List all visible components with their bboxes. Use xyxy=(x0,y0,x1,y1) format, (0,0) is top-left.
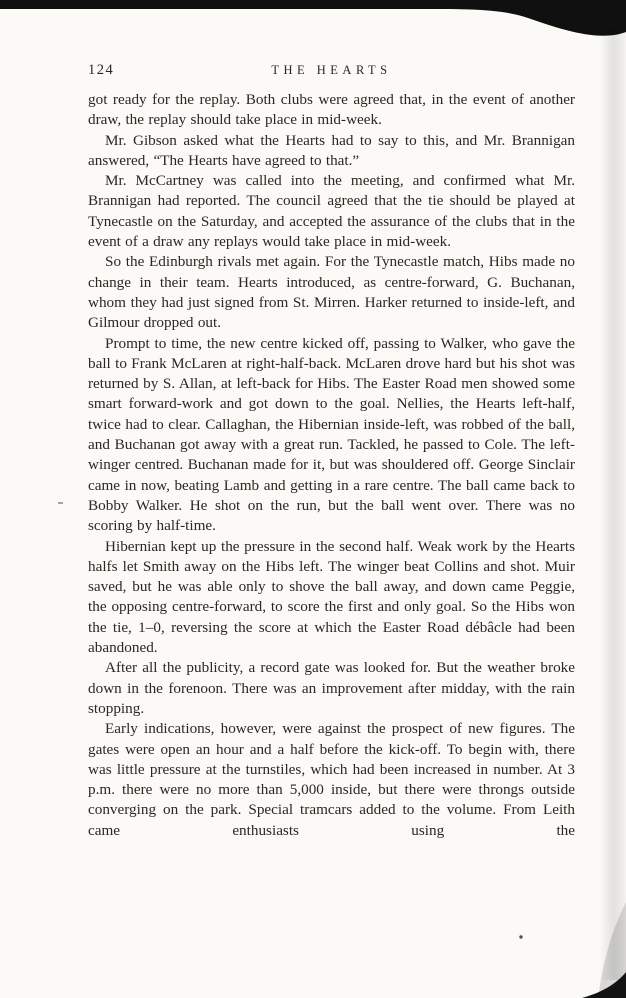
margin-mark xyxy=(58,502,63,504)
running-title: THE HEARTS xyxy=(88,62,575,78)
paragraph: So the Edinburgh rivals met again. For t… xyxy=(88,252,575,333)
paragraph: got ready for the replay. Both clubs wer… xyxy=(88,90,575,131)
paragraph: Mr. Gibson asked what the Hearts had to … xyxy=(88,131,575,172)
paragraph: After all the publicity, a record gate w… xyxy=(88,658,575,719)
bottom-corner-shadow xyxy=(582,972,626,998)
paragraph: Hibernian kept up the pressure in the se… xyxy=(88,537,575,659)
right-edge-shadow xyxy=(599,28,626,980)
page-content: 124 THE HEARTS got ready for the replay.… xyxy=(88,62,575,841)
page-number: 124 xyxy=(88,62,114,78)
book-page-scan: 124 THE HEARTS got ready for the replay.… xyxy=(0,0,626,998)
page-header: 124 THE HEARTS xyxy=(88,62,575,78)
corner-curl-shadow xyxy=(598,902,626,998)
paragraph: Early indications, however, were against… xyxy=(88,719,575,841)
paragraph: Prompt to time, the new centre kicked of… xyxy=(88,334,575,537)
top-edge-shadow xyxy=(0,0,626,36)
ink-speck xyxy=(519,935,522,938)
paragraph: Mr. McCartney was called into the meetin… xyxy=(88,171,575,252)
page-body: got ready for the replay. Both clubs wer… xyxy=(88,90,575,841)
